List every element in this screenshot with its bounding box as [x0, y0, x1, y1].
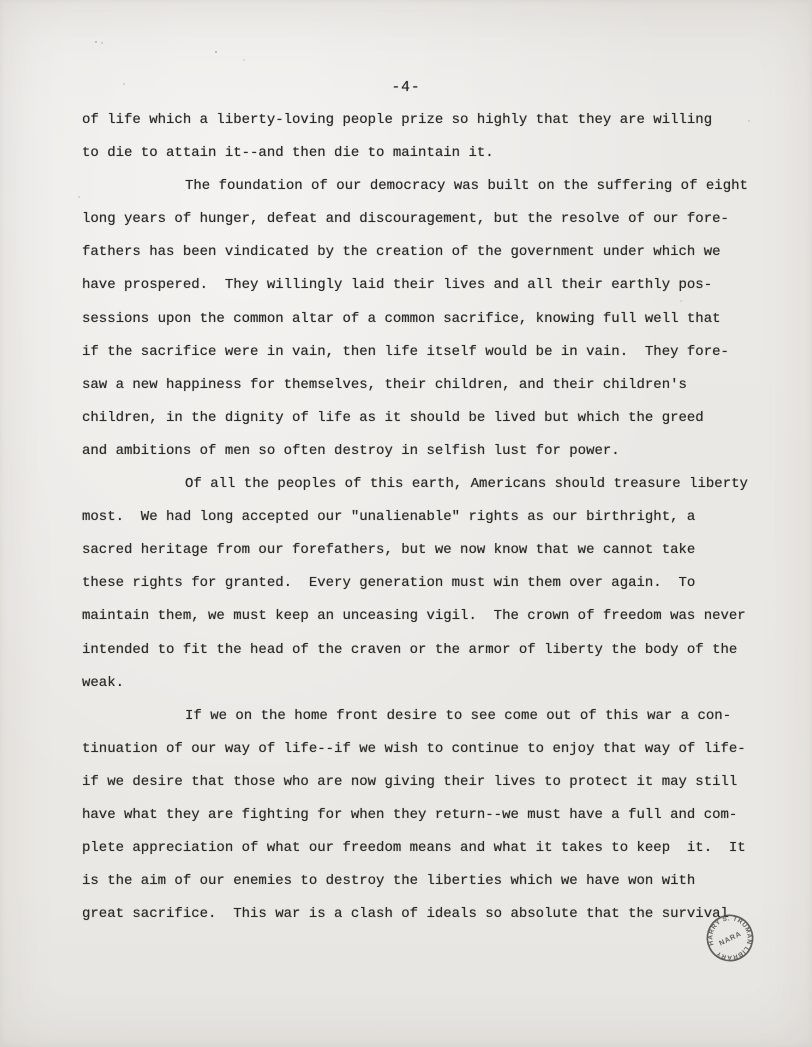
text-line: if the sacrifice were in vain, then life… — [82, 336, 772, 369]
text-line: tinuation of our way of life--if we wish… — [82, 733, 772, 766]
text-line: long years of hunger, defeat and discour… — [82, 203, 772, 236]
text-line: intended to fit the head of the craven o… — [82, 634, 772, 667]
text-line: and ambitions of men so often destroy in… — [82, 435, 772, 468]
text-line: plete appreciation of what our freedom m… — [82, 832, 772, 865]
text-line: of life which a liberty-loving people pr… — [82, 104, 772, 137]
text-line: if we desire that those who are now givi… — [82, 766, 772, 799]
paper-specks — [0, 0, 2, 2]
page-number: -4- — [0, 80, 812, 96]
document-page: -4- of life which a liberty-loving peopl… — [0, 0, 812, 1047]
document-body: of life which a liberty-loving people pr… — [82, 104, 772, 931]
text-line: saw a new happiness for themselves, thei… — [82, 369, 772, 402]
text-line: these rights for granted. Every generati… — [82, 567, 772, 600]
text-line: have what they are fighting for when the… — [82, 799, 772, 832]
text-line: maintain them, we must keep an unceasing… — [82, 600, 772, 633]
text-line: most. We had long accepted our "unaliena… — [82, 501, 772, 534]
text-line: Of all the peoples of this earth, Americ… — [82, 468, 772, 501]
text-line: weak. — [82, 667, 772, 700]
text-line: have prospered. They willingly laid thei… — [82, 269, 772, 302]
stamp-center-text: NARA — [717, 929, 742, 948]
text-line: sessions upon the common altar of a comm… — [82, 303, 772, 336]
text-line: to die to attain it--and then die to mai… — [82, 137, 772, 170]
truman-library-nara-stamp: HARRY S. TRUMAN LIBRARY NARA — [687, 895, 773, 981]
text-line: fathers has been vindicated by the creat… — [82, 236, 772, 269]
text-line: If we on the home front desire to see co… — [82, 700, 772, 733]
text-line: children, in the dignity of life as it s… — [82, 402, 772, 435]
text-line: great sacrifice. This war is a clash of … — [82, 898, 772, 931]
text-line: The foundation of our democracy was buil… — [82, 170, 772, 203]
text-line: sacred heritage from our forefathers, bu… — [82, 534, 772, 567]
text-line: is the aim of our enemies to destroy the… — [82, 865, 772, 898]
